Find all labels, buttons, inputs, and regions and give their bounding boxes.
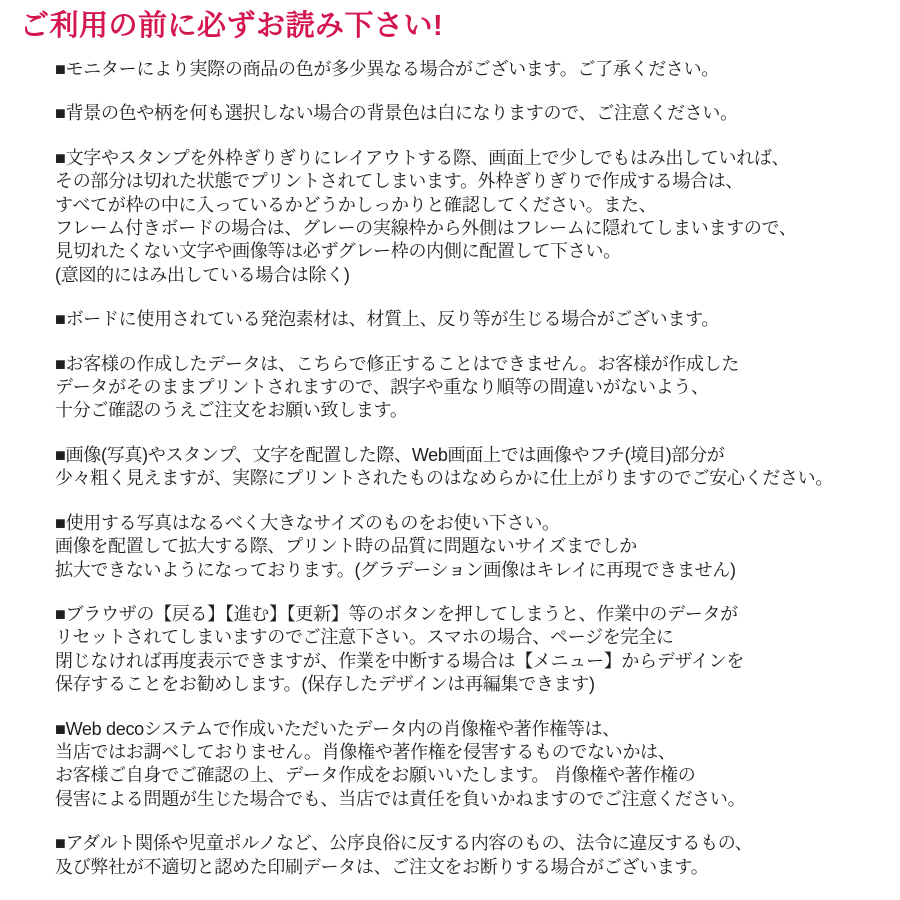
notice-line: 拡大できないようになっております。(グラデーション画像はキレイに再現できません) [55,559,882,582]
notice-line: 十分ご確認のうえご注文をお願い致します。 [55,399,882,422]
notice-browser-navigation-reset: ■ブラウザの【戻る】【進む】【更新】等のボタンを押してしまうと、作業中のデータが… [55,603,882,697]
notice-line: リセットされてしまいますのでご注意下さい。スマホの場合、ページを完全に [55,626,882,649]
notice-line: お客様ご自身でご確認の上、データ作成をお願いいたします。 肖像権や著作権の [55,764,882,787]
notice-list: ■モニターにより実際の商品の色が多少異なる場合がございます。ご了承ください。 ■… [55,58,882,879]
notice-line: 及び弊社が不適切と認めた印刷データは、ご注文をお断りする場合がございます。 [55,856,882,879]
notice-line: フレーム付きボードの場合は、グレーの実線枠から外側はフレームに隠れてしまいますの… [55,217,882,240]
notice-line: ■背景の色や柄を何も選択しない場合の背景色は白になりますので、ご注意ください。 [55,102,882,125]
notice-background-default-white: ■背景の色や柄を何も選択しない場合の背景色は白になりますので、ご注意ください。 [55,102,882,125]
notice-line: ■画像(写真)やスタンプ、文字を配置した際、Web画面上では画像やフチ(境目)部… [55,444,882,467]
notice-line: すべてが枠の中に入っているかどうかしっかりと確認してください。また、 [55,194,882,217]
notice-monitor-color-difference: ■モニターにより実際の商品の色が多少異なる場合がございます。ご了承ください。 [55,58,882,81]
notice-line: ■ボードに使用されている発泡素材は、材質上、反り等が生じる場合がございます。 [55,308,882,331]
notice-prohibited-content: ■アダルト関係や児童ポルノなど、公序良俗に反する内容のもの、法令に違反するもの、… [55,832,882,879]
notice-line: 画像を配置して拡大する際、プリント時の品質に問題ないサイズまでしか [55,535,882,558]
notice-line: ■モニターにより実際の商品の色が多少異なる場合がございます。ご了承ください。 [55,58,882,81]
notice-line: データがそのままプリントされますので、誤字や重なり順等の間違いがないよう、 [55,376,882,399]
notice-foam-board-warp: ■ボードに使用されている発泡素材は、材質上、反り等が生じる場合がございます。 [55,308,882,331]
notice-line: その部分は切れた状態でプリントされてしまいます。外枠ぎりぎりで作成する場合は、 [55,170,882,193]
notice-line: 侵害による問題が生じた場合でも、当店では責任を負いかねますのでご注意ください。 [55,788,882,811]
notice-line: 当店ではお調べしておりません。肖像権や著作権を侵害するものでないかは、 [55,741,882,764]
notice-line: 少々粗く見えますが、実際にプリントされたものはなめらかに仕上がりますのでご安心く… [55,467,882,490]
notice-line: (意図的にはみ出している場合は除く) [55,264,882,287]
page-title: ご利用の前に必ずお読み下さい! [20,8,882,44]
notice-photo-size-recommendation: ■使用する写真はなるべく大きなサイズのものをお使い下さい。 画像を配置して拡大す… [55,512,882,582]
notice-line: ■Web decoシステムで作成いただいたデータ内の肖像権や著作権等は、 [55,718,882,741]
notice-line: ■アダルト関係や児童ポルノなど、公序良俗に反する内容のもの、法令に違反するもの、 [55,832,882,855]
notice-line: 閉じなければ再度表示できますが、作業を中断する場合は【メニュー】からデザインを [55,650,882,673]
notice-portrait-copyright: ■Web decoシステムで作成いただいたデータ内の肖像権や著作権等は、 当店で… [55,718,882,812]
notice-line: ■使用する写真はなるべく大きなサイズのものをお使い下さい。 [55,512,882,535]
notice-line: ■ブラウザの【戻る】【進む】【更新】等のボタンを押してしまうと、作業中のデータが [55,603,882,626]
notice-line: 見切れたくない文字や画像等は必ずグレー枠の内側に配置して下さい。 [55,240,882,263]
notice-web-preview-roughness: ■画像(写真)やスタンプ、文字を配置した際、Web画面上では画像やフチ(境目)部… [55,444,882,491]
notice-line: ■お客様の作成したデータは、こちらで修正することはできません。お客様が作成した [55,353,882,376]
notice-line: 保存することをお勧めします。(保存したデザインは再編集できます) [55,673,882,696]
notice-line: ■文字やスタンプを外枠ぎりぎりにレイアウトする際、画面上で少しでもはみ出していれ… [55,147,882,170]
notice-no-data-correction: ■お客様の作成したデータは、こちらで修正することはできません。お客様が作成した … [55,353,882,423]
notice-page: ご利用の前に必ずお読み下さい! ■モニターにより実際の商品の色が多少異なる場合が… [0,0,900,900]
notice-layout-edge-cropping: ■文字やスタンプを外枠ぎりぎりにレイアウトする際、画面上で少しでもはみ出していれ… [55,147,882,287]
